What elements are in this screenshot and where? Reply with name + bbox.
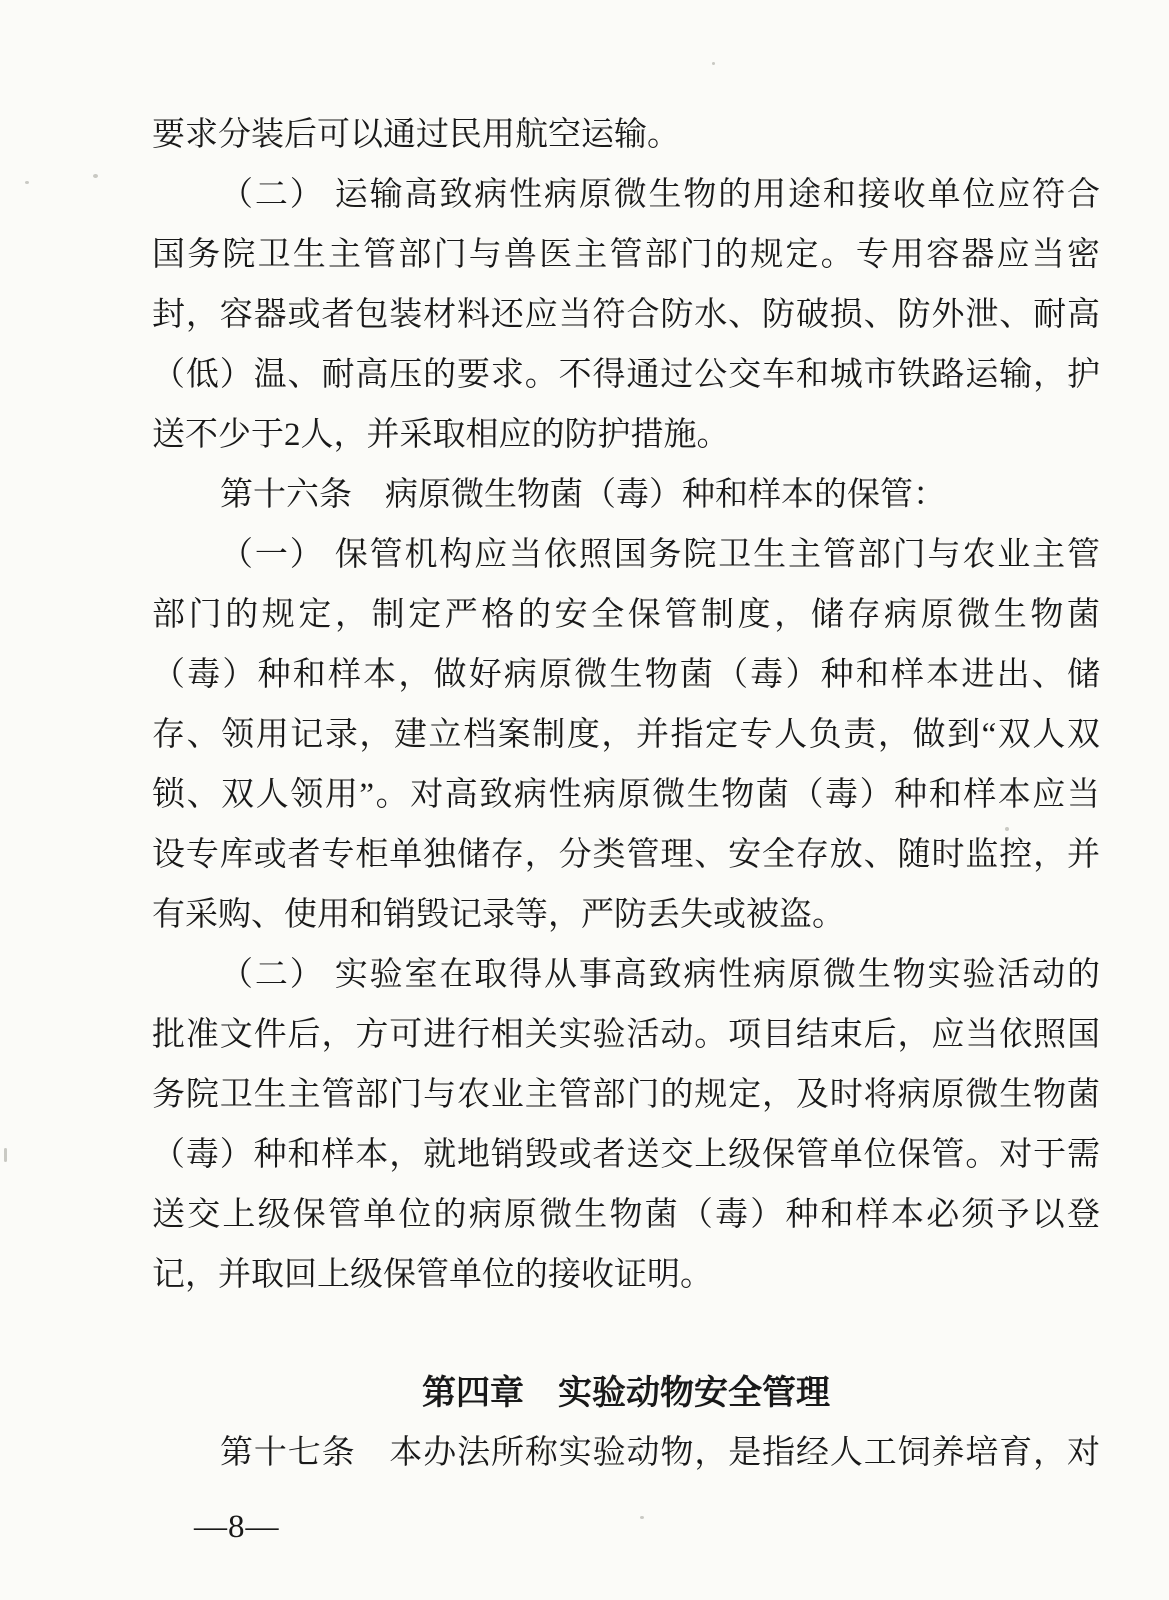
text-line: （低）温、耐高压的要求。不得通过公交车和城市铁路运输，护 xyxy=(152,345,1100,405)
text-line: （一） 保管机构应当依照国务院卫生主管部门与农业主管 xyxy=(152,525,1100,585)
text-line: 批准文件后，方可进行相关实验活动。项目结束后，应当依照国 xyxy=(152,1005,1100,1065)
text-line: 部门的规定，制定严格的安全保管制度，储存病原微生物菌 xyxy=(152,585,1100,645)
paragraph: （一） 保管机构应当依照国务院卫生主管部门与农业主管 部门的规定，制定严格的安全… xyxy=(152,525,1100,945)
scan-speck xyxy=(1005,827,1009,831)
text-line: 国务院卫生主管部门与兽医主管部门的规定。专用容器应当密 xyxy=(152,225,1100,285)
scan-speck xyxy=(93,174,98,178)
text-line: 存、领用记录，建立档案制度，并指定专人负责，做到“双人双 xyxy=(152,705,1100,765)
chapter-heading: 第四章 实验动物安全管理 xyxy=(152,1363,1100,1423)
text-line: （毒）种和样本，就地销毁或者送交上级保管单位保管。对于需 xyxy=(152,1125,1100,1185)
scan-speck xyxy=(872,1203,875,1206)
page-number: —8— xyxy=(194,1497,1100,1557)
text-line: 第十六条 病原微生物菌（毒）种和样本的保管： xyxy=(152,465,1100,525)
text-line: 封，容器或者包装材料还应当符合防水、防破损、防外泄、耐高 xyxy=(152,285,1100,345)
text-line: 要求分装后可以通过民用航空运输。 xyxy=(152,105,1100,165)
paragraph: 第十七条 本办法所称实验动物，是指经人工饲养培育，对 xyxy=(152,1423,1100,1483)
scan-speck xyxy=(520,1266,523,1269)
text-line: （二） 运输高致病性病原微生物的用途和接收单位应符合 xyxy=(152,165,1100,225)
scan-speck xyxy=(712,62,715,65)
text-line: 有采购、使用和销毁记录等，严防丢失或被盗。 xyxy=(152,885,1100,945)
text-line: 设专库或者专柜单独储存，分类管理、安全存放、随时监控，并 xyxy=(152,825,1100,885)
paragraph: （二） 实验室在取得从事高致病性病原微生物实验活动的 批准文件后，方可进行相关实… xyxy=(152,945,1100,1305)
scanned-document-page: 要求分装后可以通过民用航空运输。 （二） 运输高致病性病原微生物的用途和接收单位… xyxy=(0,0,1169,1600)
paragraph: 要求分装后可以通过民用航空运输。 xyxy=(152,105,1100,165)
scan-speck xyxy=(4,1148,7,1162)
paragraph: （二） 运输高致病性病原微生物的用途和接收单位应符合 国务院卫生主管部门与兽医主… xyxy=(152,165,1100,465)
text-line: 第十七条 本办法所称实验动物，是指经人工饲养培育，对 xyxy=(152,1423,1100,1483)
document-text-block: 要求分装后可以通过民用航空运输。 （二） 运输高致病性病原微生物的用途和接收单位… xyxy=(152,105,1100,1557)
text-line: （二） 实验室在取得从事高致病性病原微生物实验活动的 xyxy=(152,945,1100,1005)
text-line: 送不少于2人，并采取相应的防护措施。 xyxy=(152,405,1100,465)
text-line: 锁、双人领用”。对高致病性病原微生物菌（毒）种和样本应当 xyxy=(152,765,1100,825)
text-line: 记，并取回上级保管单位的接收证明。 xyxy=(152,1245,1100,1305)
text-line: 送交上级保管单位的病原微生物菌（毒）种和样本必须予以登 xyxy=(152,1185,1100,1245)
text-line: （毒）种和样本，做好病原微生物菌（毒）种和样本进出、储 xyxy=(152,645,1100,705)
paragraph: 第十六条 病原微生物菌（毒）种和样本的保管： xyxy=(152,465,1100,525)
scan-speck xyxy=(25,181,29,184)
scan-speck xyxy=(640,1516,644,1519)
text-line: 务院卫生主管部门与农业主管部门的规定，及时将病原微生物菌 xyxy=(152,1065,1100,1125)
